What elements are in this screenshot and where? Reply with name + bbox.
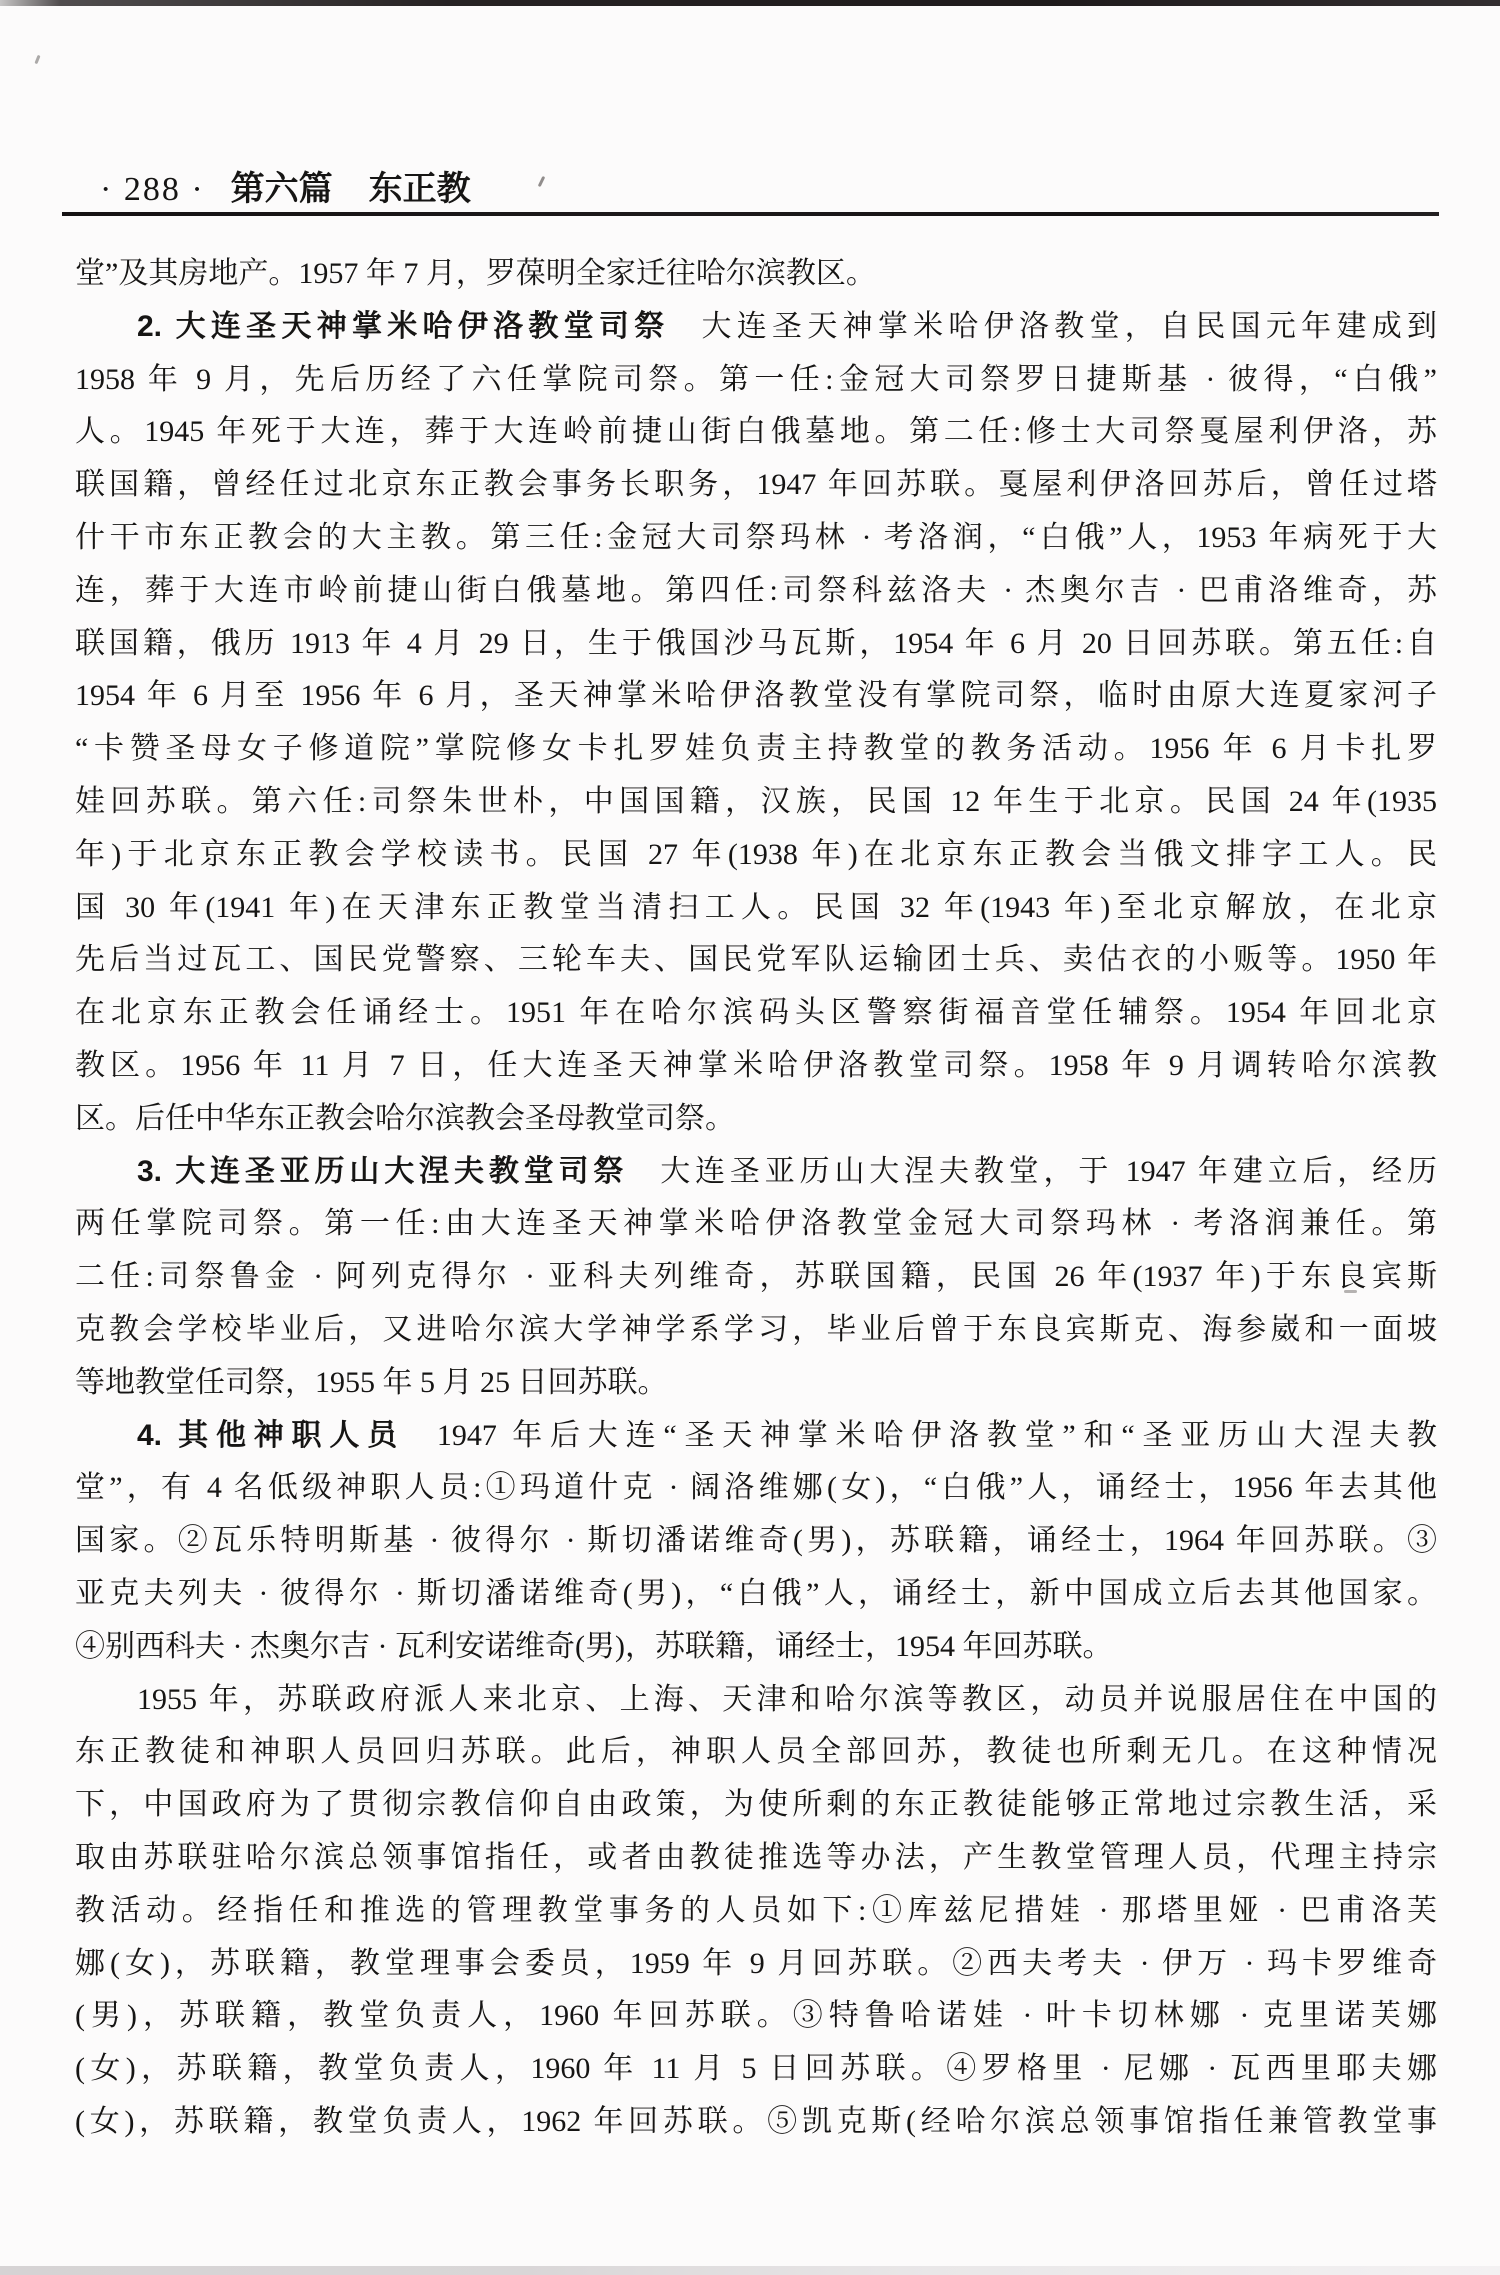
- line-text: 连，葬于大连市岭前捷山街白俄墓地。第四任:司祭科兹洛夫 · 杰奥尔吉 · 巴甫洛…: [75, 574, 1437, 607]
- text-line: 什干市东正教会的大主教。第三任:金冠大司祭玛林 · 考洛润，“白俄”人，1953…: [75, 512, 1437, 565]
- line-text: 大连圣天神掌米哈伊洛教堂，自民国元年建成到: [702, 310, 1438, 343]
- header-rule: [62, 212, 1439, 216]
- line-text: 联国籍，俄历 1913 年 4 月 29 日，生于俄国沙马瓦斯，1954 年 6…: [75, 627, 1437, 660]
- line-text: 国家。②瓦乐特明斯基 · 彼得尔 · 斯切潘诺维奇(男)，苏联籍，诵经士，196…: [75, 1524, 1437, 1557]
- text-line: ④别西科夫 · 杰奥尔吉 · 瓦利安诺维奇(男)，苏联籍，诵经士，1954 年回…: [75, 1621, 1437, 1674]
- scan-speck: [34, 55, 40, 64]
- paragraph: 2. 大连圣天神掌米哈伊洛教堂司祭大连圣天神掌米哈伊洛教堂，自民国元年建成到19…: [75, 301, 1437, 1146]
- text-line: 等地教堂任司祭，1955 年 5 月 25 日回苏联。: [75, 1357, 1437, 1410]
- line-text: 两任掌院司祭。第一任:由大连圣天神掌米哈伊洛教堂金冠大司祭玛林 · 考洛润兼任。…: [75, 1207, 1437, 1240]
- line-text: 年)于北京东正教会学校读书。民国 27 年(1938 年)在北京东正教会当俄文排…: [75, 838, 1437, 871]
- text-line: (女)，苏联籍，教堂负责人，1960 年 11 月 5 日回苏联。④罗格里 · …: [75, 2043, 1437, 2096]
- paragraph: 3. 大连圣亚历山大涅夫教堂司祭大连圣亚历山大涅夫教堂，于 1947 年建立后，…: [75, 1146, 1437, 1410]
- line-text: (男)，苏联籍，教堂负责人，1960 年回苏联。③特鲁哈诺娃 · 叶卡切林娜 ·…: [75, 1999, 1437, 2032]
- text-line: 堂”及其房地产。1957 年 7 月，罗葆明全家迁往哈尔滨教区。: [75, 248, 1437, 301]
- text-line: 4. 其他神职人员1947 年后大连“圣天神掌米哈伊洛教堂”和“圣亚历山大涅夫教: [75, 1410, 1437, 1463]
- line-text: “卡赞圣母女子修道院”掌院修女卡扎罗娃负责主持教堂的教务活动。1956 年 6 …: [75, 732, 1437, 765]
- line-text: (女)，苏联籍，教堂负责人，1960 年 11 月 5 日回苏联。④罗格里 · …: [75, 2052, 1437, 2085]
- text-line: 人。1945 年死于大连，葬于大连岭前捷山街白俄墓地。第二任:修士大司祭戛屋利伊…: [75, 406, 1437, 459]
- text-line: 教区。1956 年 11 月 7 日，任大连圣天神掌米哈伊洛教堂司祭。1958 …: [75, 1040, 1437, 1093]
- line-text: 人。1945 年死于大连，葬于大连岭前捷山街白俄墓地。第二任:修士大司祭戛屋利伊…: [75, 415, 1437, 448]
- line-text: 大连圣亚历山大涅夫教堂，于 1947 年建立后，经历: [660, 1155, 1437, 1188]
- line-text: 国 30 年(1941 年)在天津东正教堂当清扫工人。民国 32 年(1943 …: [75, 891, 1437, 924]
- text-line: 东正教徒和神职人员回归苏联。此后，神职人员全部回苏，教徒也所剩无几。在这种情况: [75, 1726, 1437, 1779]
- line-text: 克教会学校毕业后，又进哈尔滨大学神学系学习，毕业后曾于东良宾斯克、海参崴和一面坡: [75, 1313, 1437, 1346]
- line-text: 东正教徒和神职人员回归苏联。此后，神职人员全部回苏，教徒也所剩无几。在这种情况: [75, 1735, 1437, 1768]
- text-line: 堂”，有 4 名低级神职人员:①玛道什克 · 阔洛维娜(女)，“白俄”人，诵经士…: [75, 1462, 1437, 1515]
- text-line: 国 30 年(1941 年)在天津东正教堂当清扫工人。民国 32 年(1943 …: [75, 882, 1437, 935]
- line-text: 区。后任中华东正教会哈尔滨教会圣母教堂司祭。: [75, 1102, 735, 1135]
- page-number: · 288 ·: [100, 171, 205, 208]
- text-line: 联国籍，曾经任过北京东正教会事务长职务，1947 年回苏联。戛屋利伊洛回苏后，曾…: [75, 459, 1437, 512]
- line-text: 亚克夫列夫 · 彼得尔 · 斯切潘诺维奇(男)，“白俄”人，诵经士，新中国成立后…: [75, 1577, 1437, 1610]
- text-line: 1954 年 6 月至 1956 年 6 月，圣天神掌米哈伊洛教堂没有掌院司祭，…: [75, 670, 1437, 723]
- line-text: 二任:司祭鲁金 · 阿列克得尔 · 亚科夫列维奇，苏联国籍，民国 26 年(19…: [75, 1260, 1437, 1293]
- line-text: 1955 年，苏联政府派人来北京、上海、天津和哈尔滨等教区，动员并说服居住在中国…: [137, 1683, 1437, 1716]
- line-text: 联国籍，曾经任过北京东正教会事务长职务，1947 年回苏联。戛屋利伊洛回苏后，曾…: [75, 468, 1437, 501]
- text-line: 在北京东正教会任诵经士。1951 年在哈尔滨码头区警察街福音堂任辅祭。1954 …: [75, 987, 1437, 1040]
- text-line: 教活动。经指任和推选的管理教堂事务的人员如下:①库兹尼措娃 · 那塔里娅 · 巴…: [75, 1885, 1437, 1938]
- paragraph: 1955 年，苏联政府派人来北京、上海、天津和哈尔滨等教区，动员并说服居住在中国…: [75, 1674, 1437, 2149]
- scan-bottom-edge: [0, 2266, 1500, 2275]
- line-text: 教区。1956 年 11 月 7 日，任大连圣天神掌米哈伊洛教堂司祭。1958 …: [75, 1049, 1437, 1082]
- text-line: 国家。②瓦乐特明斯基 · 彼得尔 · 斯切潘诺维奇(男)，苏联籍，诵经士，196…: [75, 1515, 1437, 1568]
- line-text: 取由苏联驻哈尔滨总领事馆指任，或者由教徒推选等办法，产生教堂管理人员，代理主持宗: [75, 1841, 1437, 1874]
- scan-speck: [538, 176, 546, 187]
- line-text: (女)，苏联籍，教堂负责人，1962 年回苏联。⑤凯克斯(经哈尔滨总领事馆指任兼…: [75, 2105, 1437, 2138]
- text-line: 二任:司祭鲁金 · 阿列克得尔 · 亚科夫列维奇，苏联国籍，民国 26 年(19…: [75, 1251, 1437, 1304]
- line-text: 娜(女)，苏联籍，教堂理事会委员，1959 年 9 月回苏联。②西夫考夫 · 伊…: [75, 1947, 1437, 1980]
- text-line: 连，葬于大连市岭前捷山街白俄墓地。第四任:司祭科兹洛夫 · 杰奥尔吉 · 巴甫洛…: [75, 565, 1437, 618]
- scan-speck: [1428, 2060, 1432, 2064]
- text-line: 下，中国政府为了贯彻宗教信仰自由政策，为使所剩的东正教徒能够正常地过宗教生活，采: [75, 1779, 1437, 1832]
- book-page: · 288 ·第六篇东正教 堂”及其房地产。1957 年 7 月，罗葆明全家迁往…: [0, 0, 1500, 2275]
- text-line: 两任掌院司祭。第一任:由大连圣天神掌米哈伊洛教堂金冠大司祭玛林 · 考洛润兼任。…: [75, 1198, 1437, 1251]
- section-heading: 4. 其他神职人员: [137, 1419, 405, 1452]
- text-line: 娃回苏联。第六任:司祭朱世朴，中国国籍，汉族，民国 12 年生于北京。民国 24…: [75, 776, 1437, 829]
- text-line: 先后当过瓦工、国民党警察、三轮车夫、国民党军队运输团士兵、卖估衣的小贩等。195…: [75, 934, 1437, 987]
- running-head: · 288 ·第六篇东正教: [100, 161, 471, 210]
- text-line: 2. 大连圣天神掌米哈伊洛教堂司祭大连圣天神掌米哈伊洛教堂，自民国元年建成到: [75, 301, 1437, 354]
- line-text: 堂”，有 4 名低级神职人员:①玛道什克 · 阔洛维娜(女)，“白俄”人，诵经士…: [75, 1471, 1437, 1504]
- line-text: 什干市东正教会的大主教。第三任:金冠大司祭玛林 · 考洛润，“白俄”人，1953…: [75, 521, 1437, 554]
- text-line: 1958 年 9 月，先后历经了六任掌院司祭。第一任:金冠大司祭罗日捷斯基 · …: [75, 354, 1437, 407]
- section-heading: 2. 大连圣天神掌米哈伊洛教堂司祭: [137, 310, 670, 343]
- line-text: 1958 年 9 月，先后历经了六任掌院司祭。第一任:金冠大司祭罗日捷斯基 · …: [75, 363, 1437, 396]
- body-text: 堂”及其房地产。1957 年 7 月，罗葆明全家迁往哈尔滨教区。2. 大连圣天神…: [75, 248, 1437, 2149]
- text-line: “卡赞圣母女子修道院”掌院修女卡扎罗娃负责主持教堂的教务活动。1956 年 6 …: [75, 723, 1437, 776]
- section-heading: 3. 大连圣亚历山大涅夫教堂司祭: [137, 1155, 628, 1188]
- scan-speck: [1344, 1290, 1357, 1293]
- book-section-title: 东正教: [369, 170, 471, 208]
- text-line: (男)，苏联籍，教堂负责人，1960 年回苏联。③特鲁哈诺娃 · 叶卡切林娜 ·…: [75, 1990, 1437, 2043]
- text-line: 区。后任中华东正教会哈尔滨教会圣母教堂司祭。: [75, 1093, 1437, 1146]
- paragraph: 堂”及其房地产。1957 年 7 月，罗葆明全家迁往哈尔滨教区。: [75, 248, 1437, 301]
- line-text: ④别西科夫 · 杰奥尔吉 · 瓦利安诺维奇(男)，苏联籍，诵经士，1954 年回…: [75, 1630, 1112, 1663]
- text-line: 取由苏联驻哈尔滨总领事馆指任，或者由教徒推选等办法，产生教堂管理人员，代理主持宗: [75, 1832, 1437, 1885]
- line-text: 1947 年后大连“圣天神掌米哈伊洛教堂”和“圣亚历山大涅夫教: [437, 1419, 1437, 1452]
- line-text: 下，中国政府为了贯彻宗教信仰自由政策，为使所剩的东正教徒能够正常地过宗教生活，采: [75, 1788, 1437, 1821]
- text-line: 克教会学校毕业后，又进哈尔滨大学神学系学习，毕业后曾于东良宾斯克、海参崴和一面坡: [75, 1304, 1437, 1357]
- line-text: 娃回苏联。第六任:司祭朱世朴，中国国籍，汉族，民国 12 年生于北京。民国 24…: [75, 785, 1437, 818]
- text-line: 联国籍，俄历 1913 年 4 月 29 日，生于俄国沙马瓦斯，1954 年 6…: [75, 618, 1437, 671]
- part-label: 第六篇: [231, 170, 333, 208]
- line-text: 先后当过瓦工、国民党警察、三轮车夫、国民党军队运输团士兵、卖估衣的小贩等。195…: [75, 943, 1437, 976]
- text-line: 年)于北京东正教会学校读书。民国 27 年(1938 年)在北京东正教会当俄文排…: [75, 829, 1437, 882]
- text-line: 3. 大连圣亚历山大涅夫教堂司祭大连圣亚历山大涅夫教堂，于 1947 年建立后，…: [75, 1146, 1437, 1199]
- line-text: 教活动。经指任和推选的管理教堂事务的人员如下:①库兹尼措娃 · 那塔里娅 · 巴…: [75, 1894, 1437, 1927]
- text-line: (女)，苏联籍，教堂负责人，1962 年回苏联。⑤凯克斯(经哈尔滨总领事馆指任兼…: [75, 2096, 1437, 2149]
- line-text: 等地教堂任司祭，1955 年 5 月 25 日回苏联。: [75, 1366, 668, 1399]
- line-text: 在北京东正教会任诵经士。1951 年在哈尔滨码头区警察街福音堂任辅祭。1954 …: [75, 996, 1437, 1029]
- text-line: 亚克夫列夫 · 彼得尔 · 斯切潘诺维奇(男)，“白俄”人，诵经士，新中国成立后…: [75, 1568, 1437, 1621]
- scan-top-edge: [0, 0, 1500, 6]
- paragraph: 4. 其他神职人员1947 年后大连“圣天神掌米哈伊洛教堂”和“圣亚历山大涅夫教…: [75, 1410, 1437, 1674]
- text-line: 娜(女)，苏联籍，教堂理事会委员，1959 年 9 月回苏联。②西夫考夫 · 伊…: [75, 1938, 1437, 1991]
- text-line: 1955 年，苏联政府派人来北京、上海、天津和哈尔滨等教区，动员并说服居住在中国…: [75, 1674, 1437, 1727]
- line-text: 1954 年 6 月至 1956 年 6 月，圣天神掌米哈伊洛教堂没有掌院司祭，…: [75, 679, 1437, 712]
- line-text: 堂”及其房地产。1957 年 7 月，罗葆明全家迁往哈尔滨教区。: [75, 257, 876, 290]
